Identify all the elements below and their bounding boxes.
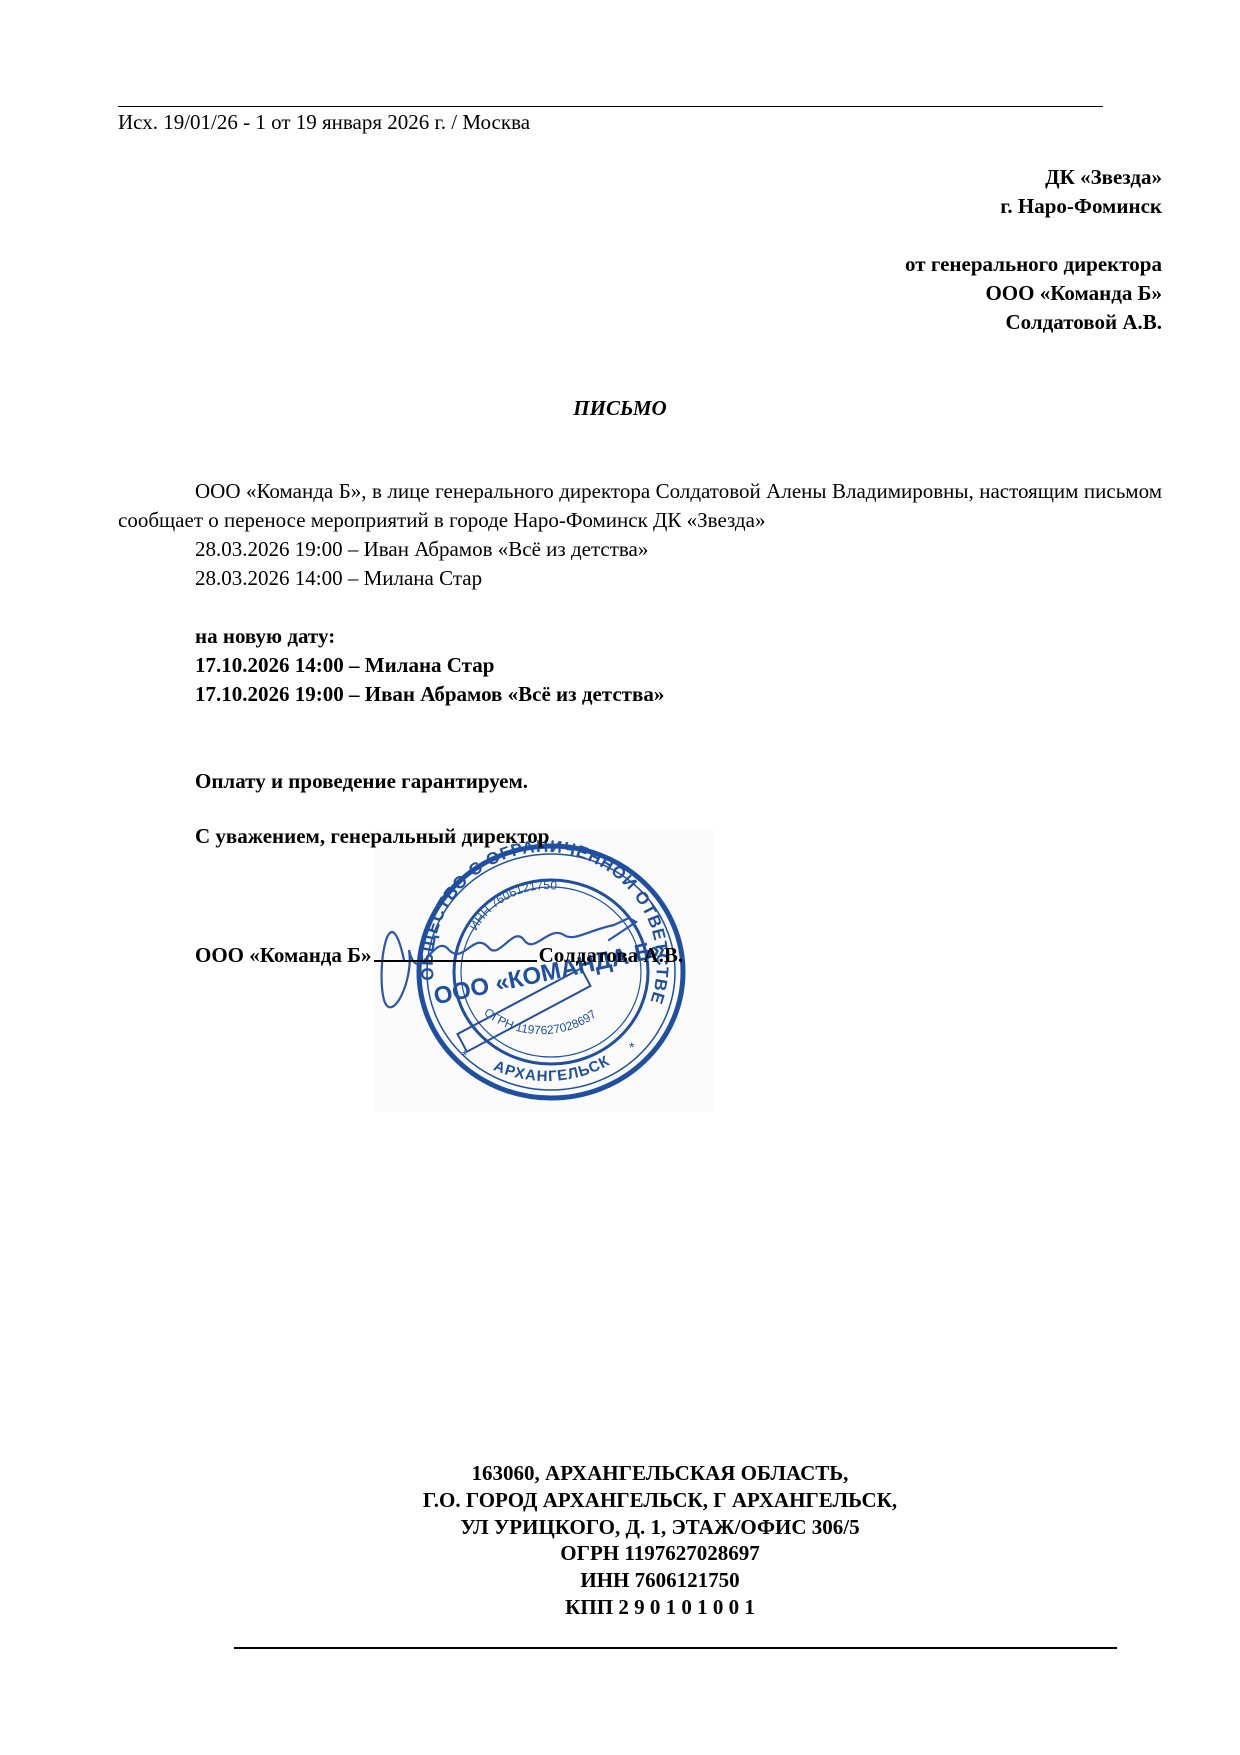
letter-title: ПИСЬМО	[0, 394, 1240, 423]
footer-line: Г.О. ГОРОД АРХАНГЕЛЬСК, Г АРХАНГЕЛЬСК,	[0, 1487, 1240, 1514]
body-paragraph-text: ООО «Команда Б», в лице генерального дир…	[118, 479, 1162, 532]
svg-text:*: *	[629, 1039, 635, 1055]
footer-line: КПП 2 9 0 1 0 1 0 0 1	[0, 1594, 1240, 1621]
old-event-item: 28.03.2026 14:00 – Милана Стар	[195, 564, 648, 593]
footer-rule	[234, 1647, 1117, 1649]
sender-line: Солдатовой А.В.	[905, 308, 1162, 337]
svg-text:*: *	[462, 1047, 468, 1063]
guarantee-text: Оплату и проведение гарантируем.	[195, 767, 528, 796]
closing-text: С уважением, генеральный директор	[195, 822, 550, 851]
footer-line: ОГРН 1197627028697	[0, 1540, 1240, 1567]
old-event-item: 28.03.2026 19:00 – Иван Абрамов «Всё из …	[195, 535, 648, 564]
header-rule	[118, 106, 1103, 107]
new-event-item: 17.10.2026 19:00 – Иван Абрамов «Всё из …	[195, 680, 664, 709]
signature-row: ООО «Команда Б»Солдатова А.В.	[195, 940, 683, 970]
company-stamp: ОБЩЕСТВО С ОГРАНИЧЕННОЙ ОТВЕТСТВЕННОСТЬЮ…	[374, 830, 714, 1112]
footer-line: 163060, АРХАНГЕЛЬСКАЯ ОБЛАСТЬ,	[0, 1460, 1240, 1487]
sender-block: от генерального директора ООО «Команда Б…	[905, 250, 1162, 337]
letter-page: Исх. 19/01/26 - 1 от 19 января 2026 г. /…	[0, 0, 1240, 1755]
svg-text:ОГРН 1197627028697: ОГРН 1197627028697	[482, 1005, 600, 1037]
signature-line	[374, 940, 537, 962]
new-event-item: 17.10.2026 14:00 – Милана Стар	[195, 651, 664, 680]
body-paragraph: ООО «Команда Б», в лице генерального дир…	[118, 477, 1162, 535]
company-requisites: 163060, АРХАНГЕЛЬСКАЯ ОБЛАСТЬ, Г.О. ГОРО…	[0, 1460, 1240, 1621]
footer-line: УЛ УРИЦКОГО, Д. 1, ЭТАЖ/ОФИС 306/5	[0, 1514, 1240, 1541]
recipient-line: г. Наро-Фоминск	[1000, 192, 1162, 221]
svg-text:ИНН 7606121750: ИНН 7606121750	[467, 878, 558, 933]
recipient-line: ДК «Звезда»	[1000, 163, 1162, 192]
new-date-label: на новую дату:	[195, 622, 664, 651]
new-events-list: на новую дату: 17.10.2026 14:00 – Милана…	[195, 622, 664, 709]
footer-line: ИНН 7606121750	[0, 1567, 1240, 1594]
signature-company: ООО «Команда Б»	[195, 943, 372, 967]
old-events-list: 28.03.2026 19:00 – Иван Абрамов «Всё из …	[195, 535, 648, 593]
sender-line: от генерального директора	[905, 250, 1162, 279]
sender-line: ООО «Команда Б»	[905, 279, 1162, 308]
outgoing-reference: Исх. 19/01/26 - 1 от 19 января 2026 г. /…	[118, 108, 530, 137]
stamp-seal-icon: ОБЩЕСТВО С ОГРАНИЧЕННОЙ ОТВЕТСТВЕННОСТЬЮ…	[374, 830, 714, 1112]
signature-name: Солдатова А.В.	[539, 943, 684, 967]
recipient-block: ДК «Звезда» г. Наро-Фоминск	[1000, 163, 1162, 221]
